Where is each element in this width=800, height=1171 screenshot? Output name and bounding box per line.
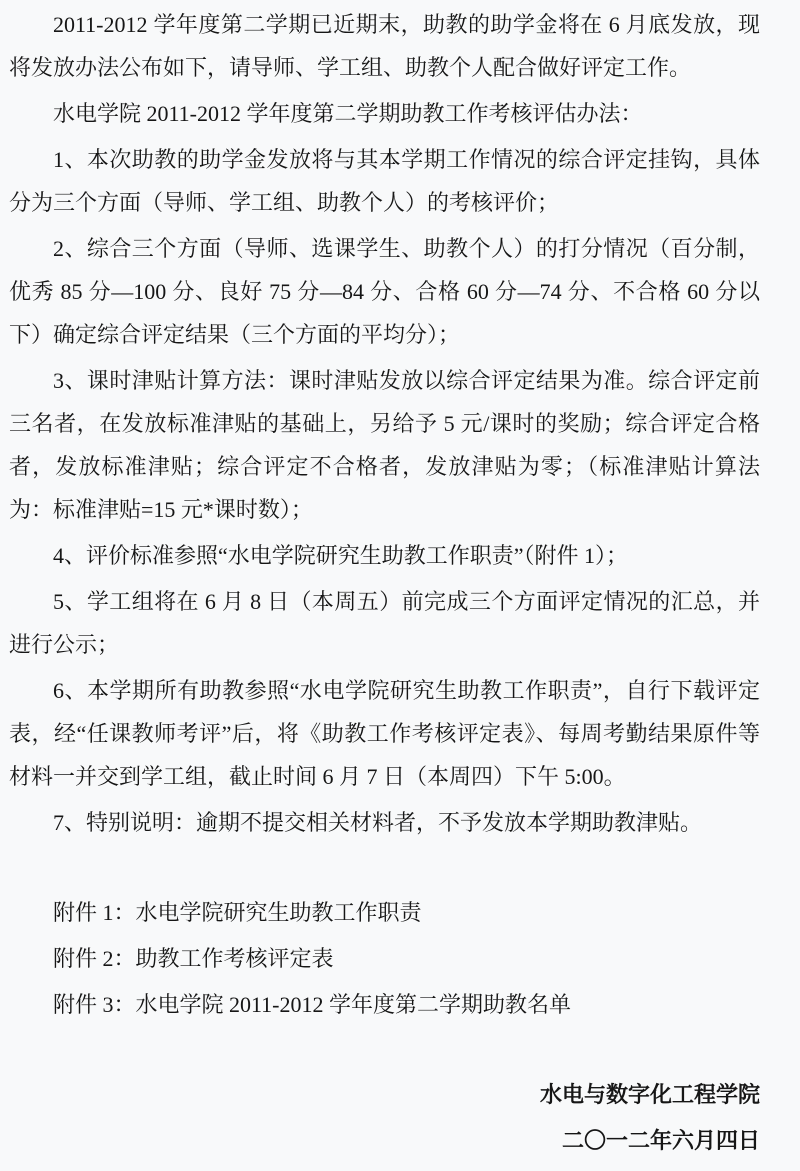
subject-line: 水电学院 2011-2012 学年度第二学期助教工作考核评估办法：: [9, 92, 760, 135]
signature-department: 水电与数字化工程学院: [9, 1073, 760, 1116]
policy-item-2: 2、综合三个方面（导师、选课学生、助教个人）的打分情况（百分制，优秀 85 分—…: [9, 227, 760, 356]
policy-item-5: 5、学工组将在 6 月 8 日（本周五）前完成三个方面评定情况的汇总，并进行公示…: [9, 580, 760, 666]
signature-date: 二〇一二年六月四日: [9, 1119, 760, 1162]
policy-item-4: 4、评价标准参照“水电学院研究生助教工作职责”（附件 1）；: [9, 534, 760, 577]
policy-item-6: 6、本学期所有助教参照“水电学院研究生助教工作职责”，自行下载评定表，经“任课教…: [9, 669, 760, 798]
policy-item-7: 7、特别说明：逾期不提交相关材料者，不予发放本学期助教津贴。: [9, 801, 760, 844]
policy-item-1: 1、本次助教的助学金发放将与其本学期工作情况的综合评定挂钩，具体分为三个方面（导…: [9, 138, 760, 224]
intro-paragraph: 2011-2012 学年度第二学期已近期末，助教的助学金将在 6 月底发放，现将…: [9, 3, 760, 89]
attachment-1: 附件 1：水电学院研究生助教工作职责: [9, 891, 760, 934]
attachment-3: 附件 3：水电学院 2011-2012 学年度第二学期助教名单: [9, 983, 760, 1026]
attachment-2: 附件 2：助教工作考核评定表: [9, 937, 760, 980]
notice-document: 2011-2012 学年度第二学期已近期末，助教的助学金将在 6 月底发放，现将…: [0, 0, 800, 1171]
policy-item-3: 3、课时津贴计算方法：课时津贴发放以综合评定结果为准。综合评定前三名者，在发放标…: [9, 359, 760, 531]
